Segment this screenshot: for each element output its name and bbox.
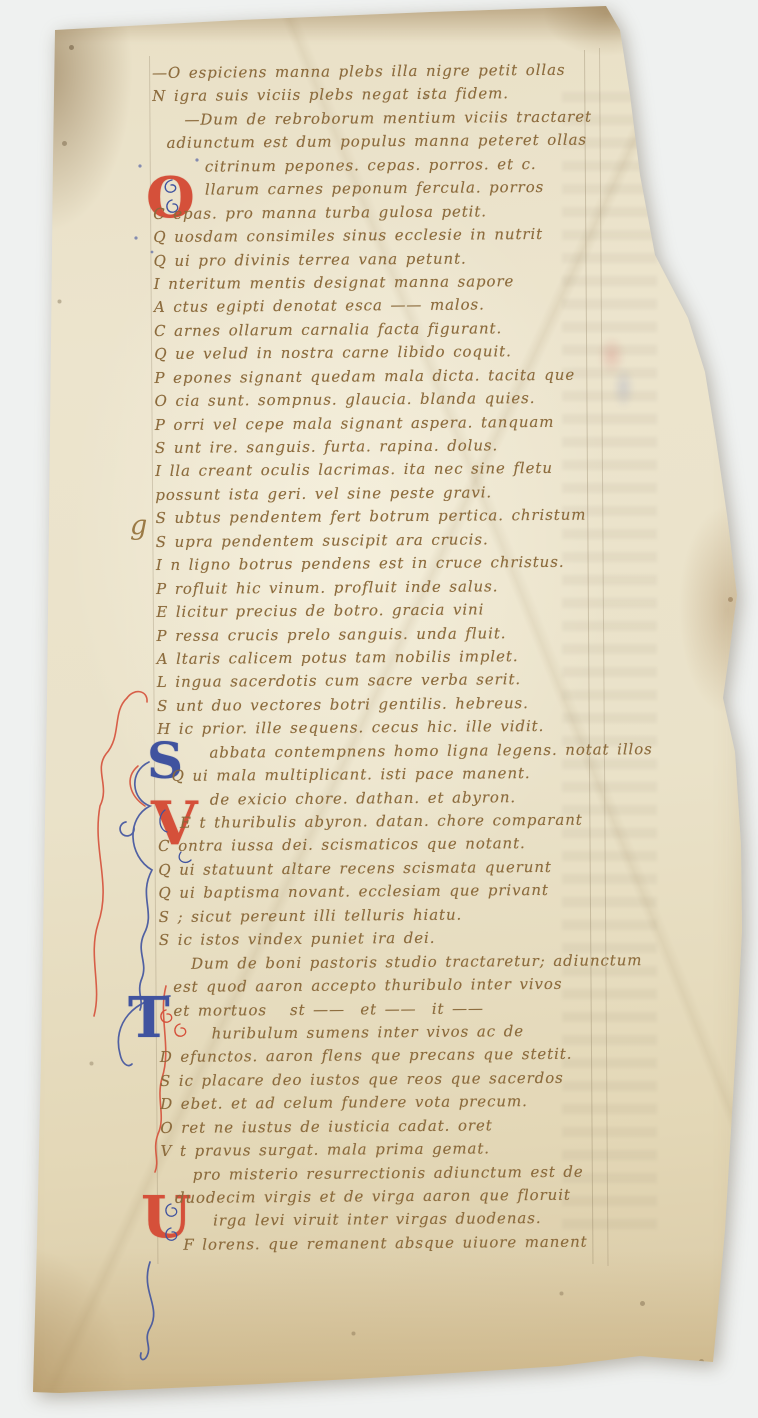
text-line: —Dum de rebroborum mentium viciis tracta… <box>184 107 632 134</box>
leaf-shadow-wrap: O S V <box>0 0 758 1418</box>
text-line: E t thuribulis abyron. datan. chore comp… <box>180 810 638 837</box>
text-line: citrinum pepones. cepas. porros. et c. <box>205 154 633 181</box>
parchment-specks <box>0 0 3 3</box>
text-line: pro misterio resurrectionis adiunctum es… <box>193 1162 641 1189</box>
manuscript-leaf: O S V <box>0 0 758 1418</box>
text-line: huribulum sumens inter vivos ac de <box>212 1021 640 1048</box>
text-line: irga levi viruit inter virgas duodenas. <box>213 1209 641 1236</box>
text-line: Dum de boni pastoris studio tractaretur;… <box>191 951 639 978</box>
text-line: abbata contempnens homo ligna legens. no… <box>209 740 637 767</box>
photo-background: O S V <box>0 0 758 1418</box>
text-line: de exicio chore. dathan. et abyron. <box>210 787 638 814</box>
text-line: llarum carnes peponum fercula. porros <box>205 177 633 204</box>
text-block: —O espiciens manna plebs illa nigre peti… <box>152 60 641 1259</box>
margin-mark-g: g <box>130 510 147 541</box>
text-line: F lorens. que remanent absque uiuore man… <box>183 1232 641 1259</box>
